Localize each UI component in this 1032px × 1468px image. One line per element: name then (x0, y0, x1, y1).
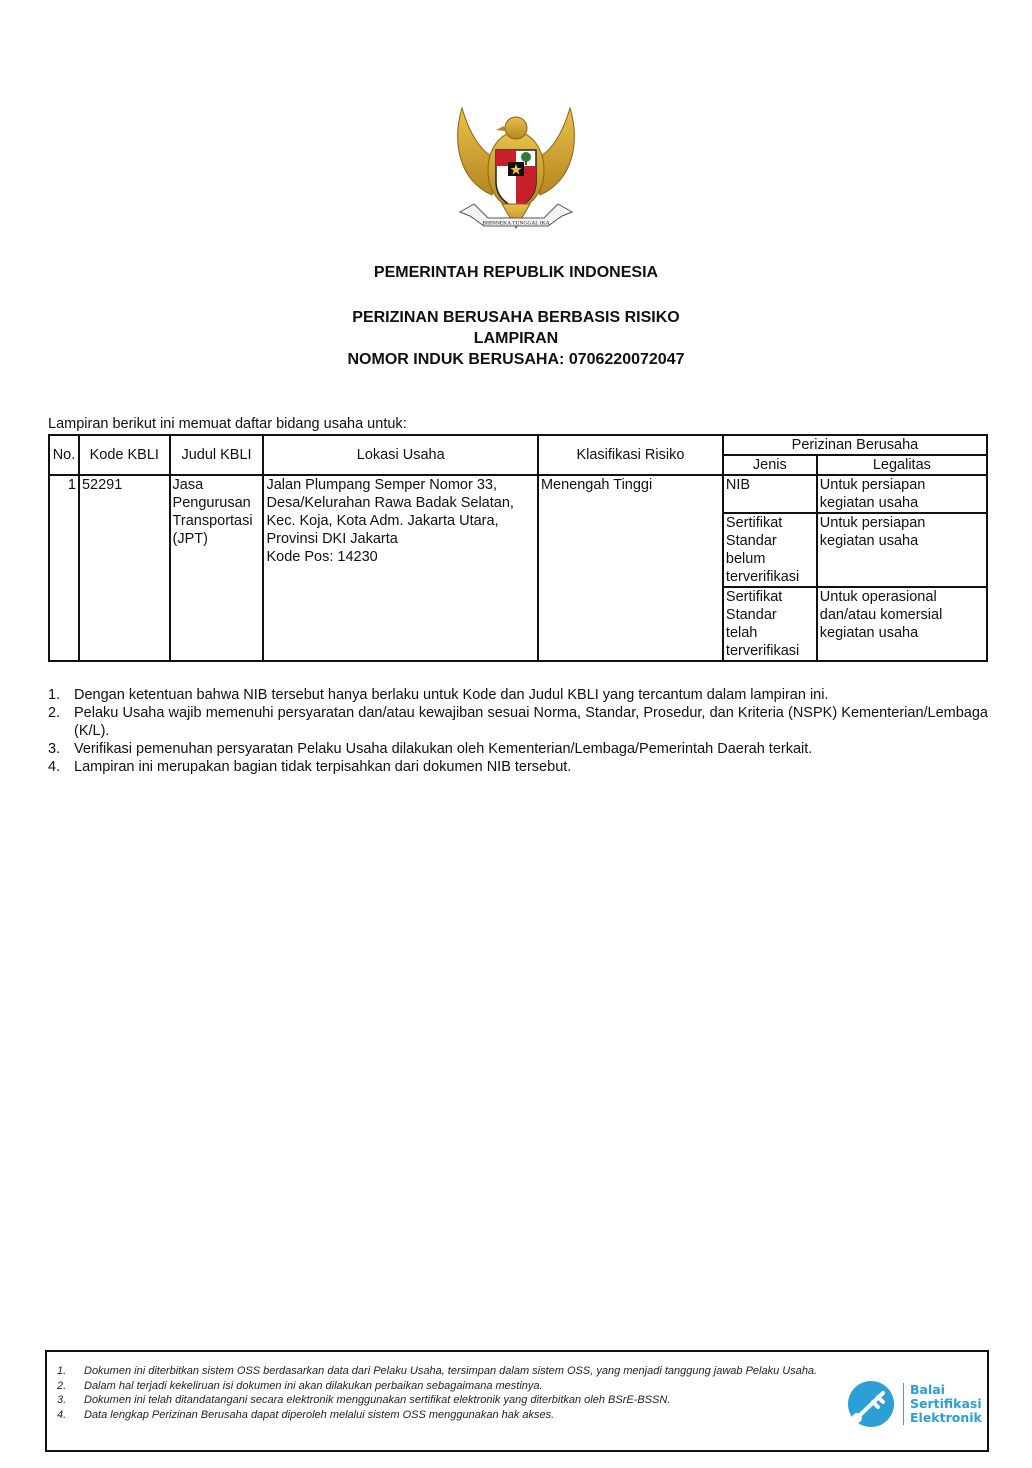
list-item: 4.Lampiran ini merupakan bagian tidak te… (48, 758, 988, 776)
header-jenis: Jenis (723, 455, 817, 475)
list-text: Dokumen ini telah ditandatangani secara … (84, 1393, 670, 1408)
notes-list: 1.Dengan ketentuan bahwa NIB tersebut ha… (48, 686, 988, 776)
list-number: 3. (48, 740, 74, 758)
list-item: 3.Verifikasi pemenuhan persyaratan Pelak… (48, 740, 988, 758)
list-text: Data lengkap Perizinan Berusaha dapat di… (84, 1408, 554, 1423)
header-no: No. (49, 435, 79, 475)
list-text: Lampiran ini merupakan bagian tidak terp… (74, 758, 988, 776)
cell-no: 1 (49, 475, 79, 661)
bsre-key-icon (847, 1380, 895, 1428)
bsre-logo-text: Balai Sertifikasi Elektronik (903, 1383, 982, 1425)
cell-jenis: SertifikatStandartelahterverifikasi (723, 587, 817, 661)
footer-notes-list: 1.Dokumen ini diterbitkan sistem OSS ber… (57, 1364, 847, 1422)
list-item: 1.Dengan ketentuan bahwa NIB tersebut ha… (48, 686, 988, 704)
footer-disclaimer-box: 1.Dokumen ini diterbitkan sistem OSS ber… (45, 1350, 989, 1452)
list-text: Dalam hal terjadi kekeliruan isi dokumen… (84, 1379, 543, 1394)
list-item: 2.Pelaku Usaha wajib memenuhi persyarata… (48, 704, 988, 740)
list-text: Dengan ketentuan bahwa NIB tersebut hany… (74, 686, 988, 704)
document-title: PERIZINAN BERUSAHA BERBASIS RISIKO LAMPI… (0, 307, 1032, 370)
cell-lokasi-usaha: Jalan Plumpang Semper Nomor 33,Desa/Kelu… (263, 475, 537, 661)
list-number: 2. (57, 1379, 84, 1394)
list-item: 3.Dokumen ini telah ditandatangani secar… (57, 1393, 847, 1408)
bsre-logo: Balai Sertifikasi Elektronik (847, 1378, 982, 1430)
header-legalitas: Legalitas (817, 455, 987, 475)
list-item: 1.Dokumen ini diterbitkan sistem OSS ber… (57, 1364, 847, 1379)
header-perizinan-berusaha: Perizinan Berusaha (723, 435, 987, 455)
nib-number: NOMOR INDUK BERUSAHA: 0706220072047 (0, 349, 1032, 370)
cell-klasifikasi-risiko: Menengah Tinggi (538, 475, 723, 661)
header-lokasi-usaha: Lokasi Usaha (263, 435, 537, 475)
cell-jenis: NIB (723, 475, 817, 513)
list-number: 2. (48, 704, 74, 740)
cell-jenis: SertifikatStandarbelumterverifikasi (723, 513, 817, 587)
header-kode-kbli: Kode KBLI (79, 435, 170, 475)
header-judul-kbli: Judul KBLI (170, 435, 264, 475)
government-heading: PEMERINTAH REPUBLIK INDONESIA (0, 264, 1032, 282)
cell-legalitas: Untuk operasionaldan/atau komersialkegia… (817, 587, 987, 661)
list-number: 4. (57, 1408, 84, 1423)
cell-legalitas: Untuk persiapankegiatan usaha (817, 513, 987, 587)
garuda-emblem-icon: BHINNEKA TUNGGAL IKA (452, 100, 580, 240)
list-text: Dokumen ini diterbitkan sistem OSS berda… (84, 1364, 817, 1379)
list-number: 1. (57, 1364, 84, 1379)
title-line-1: PERIZINAN BERUSAHA BERBASIS RISIKO (0, 307, 1032, 328)
list-text: Pelaku Usaha wajib memenuhi persyaratan … (74, 704, 988, 740)
list-text: Verifikasi pemenuhan persyaratan Pelaku … (74, 740, 988, 758)
svg-text:BHINNEKA TUNGGAL IKA: BHINNEKA TUNGGAL IKA (482, 221, 549, 227)
title-line-2: LAMPIRAN (0, 328, 1032, 349)
header-klasifikasi-risiko: Klasifikasi Risiko (538, 435, 723, 475)
cell-legalitas: Untuk persiapankegiatan usaha (817, 475, 987, 513)
cell-kode-kbli: 52291 (79, 475, 170, 661)
business-field-table: No. Kode KBLI Judul KBLI Lokasi Usaha Kl… (48, 434, 988, 662)
list-number: 4. (48, 758, 74, 776)
table-row: 152291JasaPengurusanTransportasi(JPT)Jal… (49, 475, 987, 513)
list-number: 1. (48, 686, 74, 704)
list-number: 3. (57, 1393, 84, 1408)
list-item: 2.Dalam hal terjadi kekeliruan isi dokum… (57, 1379, 847, 1394)
cell-judul-kbli: JasaPengurusanTransportasi(JPT) (170, 475, 264, 661)
intro-text: Lampiran berikut ini memuat daftar bidan… (48, 416, 407, 432)
list-item: 4.Data lengkap Perizinan Berusaha dapat … (57, 1408, 847, 1423)
